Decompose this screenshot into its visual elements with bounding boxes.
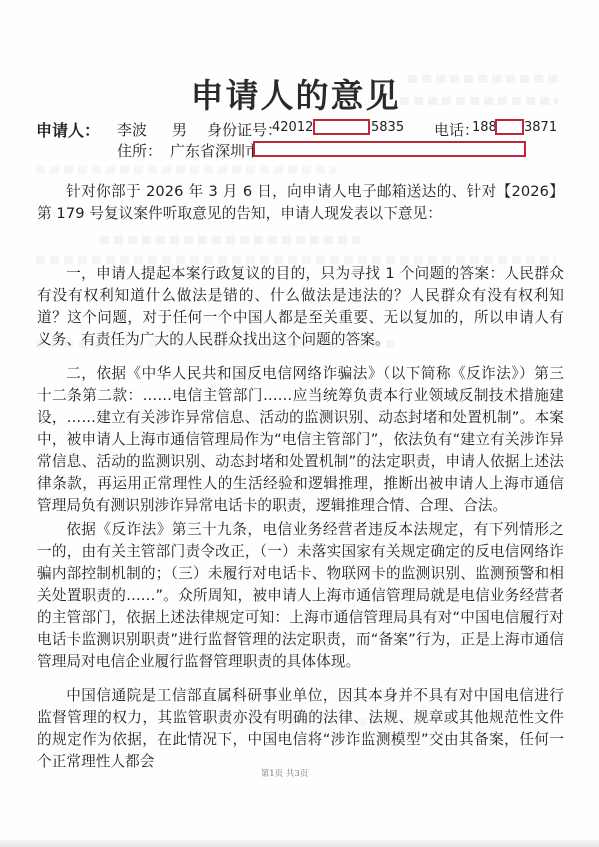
paragraph-point-two: 二，依据《中华人民共和国反电信网络诈骗法》（以下简称《反诈法》）第三十二条第二款… — [37, 363, 564, 517]
applicant-gender: 男 — [172, 119, 187, 140]
paragraph-text: 针对你部于 2026 年 3 月 6 日，向申请人电子邮箱送达的、针对【2026… — [37, 181, 564, 225]
phone-suffix: 3871 — [524, 120, 557, 135]
paragraph-text: 依据《反诈法》第三十九条，电信业务经营者违反本法规定，有下列情形之一的，由有关主… — [37, 519, 564, 673]
bleed-through-texture — [36, 166, 336, 174]
applicant-label: 申请人： — [36, 118, 100, 141]
paragraph-text: 中国信通院是工信部直属科研事业单位，因其本身并不具有对中国电信进行监督管理的权力… — [37, 685, 564, 773]
bleed-through-texture — [100, 236, 360, 244]
paragraph-text: 二，依据《中华人民共和国反电信网络诈骗法》（以下简称《反诈法》）第三十二条第二款… — [37, 363, 564, 517]
phone-redaction — [495, 119, 524, 135]
address-visible: 广东省深圳市 — [170, 140, 260, 161]
page-number-footer: 第1页 共3页 — [0, 767, 599, 779]
paragraph-article-39: 依据《反诈法》第三十九条，电信业务经营者违反本法规定，有下列情形之一的，由有关主… — [37, 519, 564, 673]
document-title: 申请人的意见 — [0, 70, 599, 117]
paragraph-intro: 针对你部于 2026 年 3 月 6 日，向申请人电子邮箱送达的、针对【2026… — [37, 181, 564, 225]
address-redaction — [253, 141, 526, 157]
paragraph-text: 一，申请人提起本案行政复议的目的，只为寻找 1 个问题的答案：人民群众有没有权利… — [37, 263, 564, 351]
scan-bottom-edge — [0, 840, 599, 847]
id-number-suffix: 5835 — [371, 120, 404, 135]
phone-prefix: 188 — [472, 120, 497, 135]
applicant-name: 李波 — [117, 119, 147, 140]
document-page: 申请人的意见 申请人： 李波 男 身份证号： 420122 5835 电话： 1… — [0, 0, 599, 847]
id-number-redaction — [313, 119, 370, 135]
paragraph-caict: 中国信通院是工信部直属科研事业单位，因其本身并不具有对中国电信进行监督管理的权力… — [37, 685, 564, 773]
address-label: 住所： — [117, 140, 162, 161]
id-number-label: 身份证号： — [207, 119, 282, 140]
paragraph-point-one: 一，申请人提起本案行政复议的目的，只为寻找 1 个问题的答案：人民群众有没有权利… — [37, 263, 564, 351]
